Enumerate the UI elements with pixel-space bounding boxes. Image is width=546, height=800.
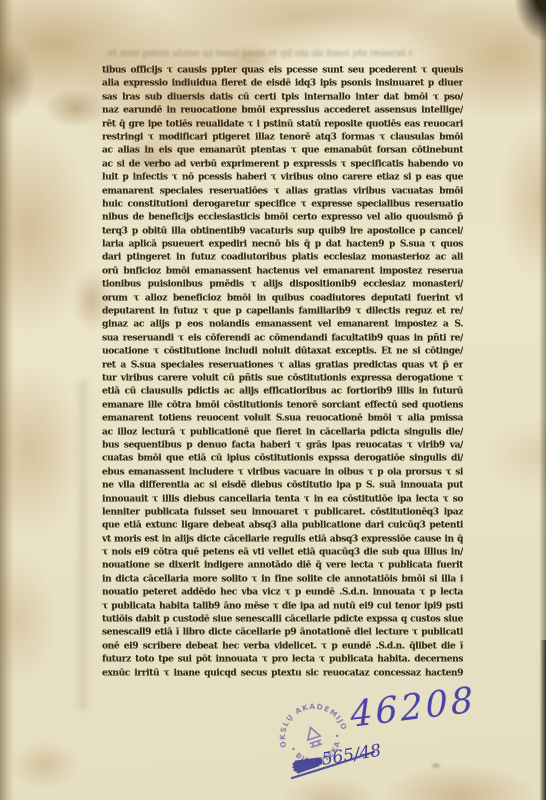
ink-speck [432, 763, 440, 768]
inventory-number-handwriting: 565/48 [288, 738, 408, 796]
text-line: tionibus puisionibus pmēdis τ alijs disp… [102, 278, 463, 292]
text-line: nouatio peteret addēdo hec vba vicz τ p … [102, 586, 463, 600]
text-line: ginaz ac alijs p eos noiandis emanassent… [102, 318, 463, 332]
text-line: restringi τ modificari ptigeret illaz te… [102, 131, 463, 145]
text-line: lenniter publicata fuisset seu innouaret… [102, 506, 463, 520]
text-line: ac alias in eis que emanarūt ptentas τ q… [102, 144, 463, 158]
text-line: emanarent speciales reseruatiōes τ alias… [102, 185, 463, 199]
text-line: que etiā extunc ligare debeat absq3 alia… [102, 519, 463, 533]
text-line: nouatione se dixerit indigere annotādo d… [102, 559, 463, 573]
text-line: alia expressio indiuidua fieret de eisdē… [102, 77, 463, 91]
text-line: rēt q̄ gre ipe totiēs reualidate τ i pst… [102, 118, 463, 132]
right-edge-dark-strip [540, 640, 546, 800]
text-line: etiā cū clausulis pdictis ac alijs effic… [102, 385, 463, 399]
text-line: emanare ille cōtra bmōi cōstitutionis te… [102, 399, 463, 413]
text-line: tibus officijs τ causis ppter quas eis p… [102, 64, 463, 78]
offset-ghost-text: et noie pstois alsino qz bmoi psois et q… [108, 48, 460, 62]
text-line: ret a S.sua speciales reseruationes τ al… [102, 359, 463, 373]
text-line: sas lras sub diuersis datis cū certi tpi… [102, 91, 463, 105]
text-line: ac illoz lecturā τ publicationē que fier… [102, 426, 463, 440]
text-line: sua reseruandi τ eis cōferendi ac cōmend… [102, 332, 463, 346]
text-line: orum τ alioz beneficioz bmōi in quibus c… [102, 292, 463, 306]
text-line: orū bnficioz bmōi emanassent hactenus ve… [102, 265, 463, 279]
text-line: tutiōis dabit p custodē siue senescalli … [102, 613, 463, 627]
text-line: in dicta cācellaria more solito τ in fin… [102, 573, 463, 587]
text-line: huic constitutioni derogaretur specifice… [102, 198, 463, 212]
text-line: senescall9 etiā ī libro dicte cācellarie… [102, 626, 463, 640]
text-line: ac si de verbo ad verbū exprimerent p ex… [102, 158, 463, 172]
text-line: deputarent in futuz τ que p capellanis f… [102, 305, 463, 319]
text-line: dari ptingeret in futuz coadiutoribus pl… [102, 251, 463, 265]
text-line: nibus de beneficijs ecclesiasticis bmōi … [102, 211, 463, 225]
text-line: luit p infectis τ nō pcessis haberi τ vi… [102, 171, 463, 185]
left-deckle-edge [0, 0, 14, 800]
text-line: ne vlla differentia ac si eisdē diebus c… [102, 479, 463, 493]
text-line: cuatas bmōi que etiā cū ipius cōstitutio… [102, 452, 463, 466]
inventory-number-text: 565/48 [320, 741, 382, 770]
vertical-crease [76, 380, 90, 710]
page-photo: et noie pstois alsino qz bmoi psois et q… [0, 0, 546, 800]
text-line: vt moris est in alijs dicte cācellarie r… [102, 533, 463, 547]
text-line: ebus emanassent includere τ viribus vacu… [102, 466, 463, 480]
text-line: onē ei9 scribere debeat hec verba videli… [102, 640, 463, 654]
text-line: exnūc irritū τ inane quicqd secus ptextu… [102, 667, 463, 681]
text-line: τ publicata habita talib9 āno mēse τ die… [102, 600, 463, 614]
text-block: tibus officijs τ causis ppter quas eis p… [102, 64, 463, 684]
text-line: τ nois ei9 cōtra quē petens eā vti velle… [102, 546, 463, 560]
text-line: emanarent totiens reuocent voluit S.sua … [102, 412, 463, 426]
text-line: innouauit τ illis diebus cancellaria ten… [102, 493, 463, 507]
text-line: laria aplicā psueuert expediri necnō bis… [102, 238, 463, 252]
text-line: naz earundē in reuocatione bmōi expressi… [102, 104, 463, 118]
text-line: terq3 p obitū illa obtinentib9 vacaturis… [102, 225, 463, 239]
text-line: uocatione τ cōstitutione includi noluit … [102, 345, 463, 359]
text-line: bus sequentibus p denuo facta haberi τ g… [102, 439, 463, 453]
text-line: futurz toto tpe sui pōt innouata τ pro l… [102, 653, 463, 667]
text-line: tur viribus carere voluit cū pñtis sue c… [102, 372, 463, 386]
